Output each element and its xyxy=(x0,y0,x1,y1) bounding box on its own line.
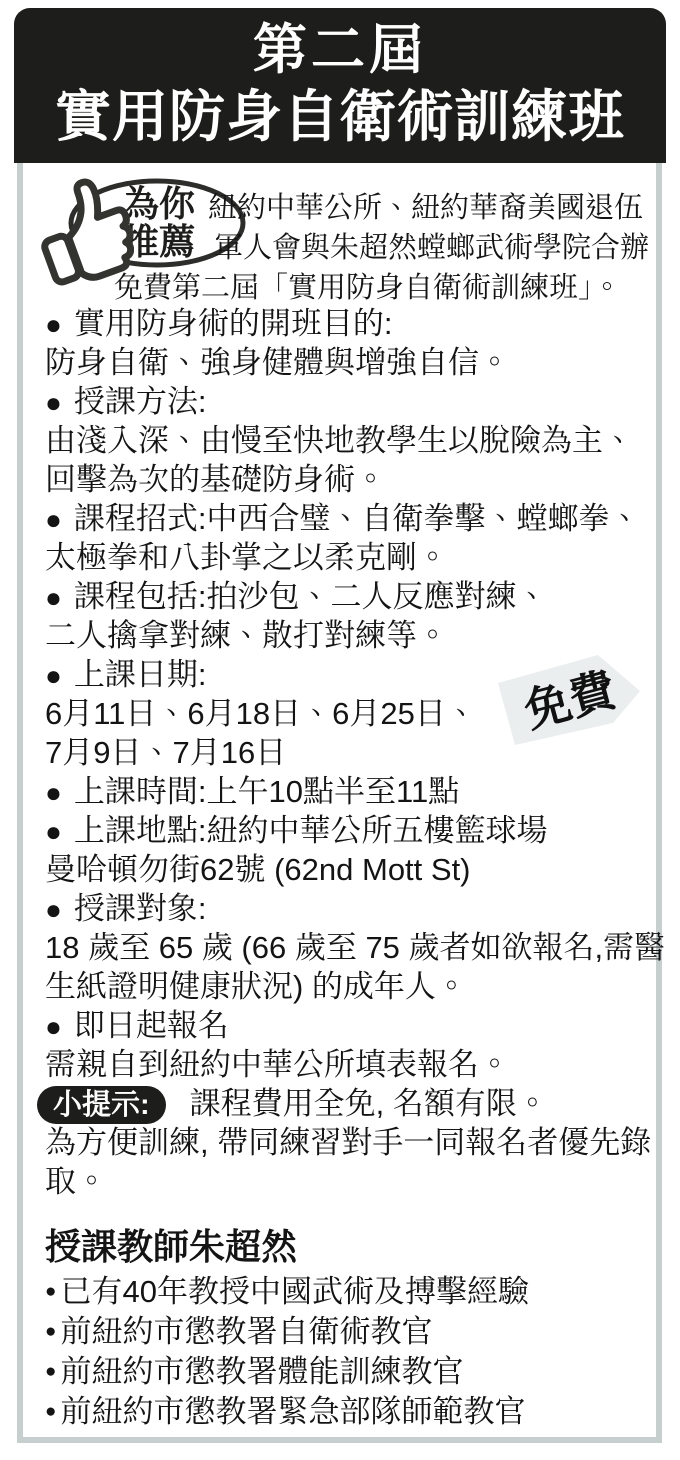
bullet-icon: ● xyxy=(45,582,62,613)
bullet-icon: ● xyxy=(45,816,62,847)
content-line-text: 上課地點:紐約中華公所五樓籃球場 xyxy=(74,813,548,848)
content-line: ●上課時間:上午10點半至11點 xyxy=(45,772,655,811)
bullet-icon: ● xyxy=(45,660,62,691)
content-line-text: 授課對象: xyxy=(74,891,207,926)
content-line-text: 實用防身術的開班目的: xyxy=(74,306,393,341)
content-line-text: 生紙證明健康狀況) 的成年人。 xyxy=(45,969,467,1004)
content-line: ●課程招式:中西合璧、自衛拳擊、螳螂拳、 xyxy=(45,499,655,538)
content-line: ●實用防身術的開班目的: xyxy=(45,304,655,343)
instructor-bullet-text: 前紐約市懲教署緊急部隊師範教官 xyxy=(60,1394,525,1429)
content-line-text: 上課日期: xyxy=(74,657,207,692)
instructor-heading: 授課教師朱超然 xyxy=(45,1222,529,1272)
content-line: ●即日起報名 xyxy=(45,1006,655,1045)
content-line: 回擊為次的基礎防身術。 xyxy=(45,460,655,499)
title-line-2: 實用防身自衛術訓練班 xyxy=(14,82,666,152)
bullet-icon: ● xyxy=(45,1281,56,1302)
instructor-bullet: ●前紐約市懲教署緊急部隊師範教官 xyxy=(45,1392,529,1432)
bullet-icon: ● xyxy=(45,1011,62,1042)
content-line-text: 由淺入深、由慢至快地教學生以脫險為主、 xyxy=(45,423,634,458)
content-line-text: 7月9日、7月16日 xyxy=(45,735,286,770)
tip-text: 課程費用全免, 名額有限。 xyxy=(190,1086,548,1121)
instructor-bullet: ●前紐約市懲教署體能訓練教官 xyxy=(45,1352,529,1392)
content-line-text: 防身自衛、強身健體與增強自信。 xyxy=(45,345,510,380)
instructor-bullet: ●前紐約市懲教署自衛術教官 xyxy=(45,1312,529,1352)
intro-line-2: 軍人會與朱超然螳螂武術學院合辦 xyxy=(214,228,649,268)
content-line: 7月9日、7月16日 xyxy=(45,733,655,772)
bullet-icon: ● xyxy=(45,504,62,535)
intro-line-3: 免費第二屆「實用防身自衛術訓練班」。 xyxy=(114,268,622,308)
bullet-icon: ● xyxy=(45,1321,56,1342)
content-line: 曼哈頓勿街62號 (62nd Mott St) xyxy=(45,850,655,889)
content-line: ●授課方法: xyxy=(45,382,655,421)
content-line-text: 曼哈頓勿街62號 (62nd Mott St) xyxy=(45,852,471,887)
tip-line-3: 取。 xyxy=(45,1162,655,1201)
content-line-text: 課程招式:中西合璧、自衛拳擊、螳螂拳、 xyxy=(74,501,641,536)
content-line-text: 回擊為次的基礎防身術。 xyxy=(45,462,386,497)
content-line: ●課程包括:拍沙包、二人反應對練、 xyxy=(45,577,655,616)
content-line-text: 需親自到紐約中華公所填表報名。 xyxy=(45,1047,510,1082)
content-line-text: 18 歲至 65 歲 (66 歲至 75 歲者如欲報名,需醫 xyxy=(45,930,665,965)
content-line: 二人擒拿對練、散打對練等。 xyxy=(45,616,655,655)
content-line: 6月11日、6月18日、6月25日、 xyxy=(45,694,655,733)
content-line-text: 二人擒拿對練、散打對練等。 xyxy=(45,618,448,653)
bullet-icon: ● xyxy=(45,309,62,340)
bullet-icon: ● xyxy=(45,777,62,808)
bullet-icon: ● xyxy=(45,1401,56,1422)
content-line-text: 即日起報名 xyxy=(74,1008,229,1043)
flyer-page: { "page": { "bg": "#ffffff", "frame_bord… xyxy=(0,0,680,1460)
instructor-bullet-text: 前紐約市懲教署自衛術教官 xyxy=(60,1314,432,1349)
flyer-header: 第二屆 實用防身自衛術訓練班 xyxy=(14,8,666,163)
content-line: ●上課地點:紐約中華公所五樓籃球場 xyxy=(45,811,655,850)
content-line: 防身自衛、強身健體與增強自信。 xyxy=(45,343,655,382)
bullet-icon: ● xyxy=(45,387,62,418)
tip-badge: 小提示: xyxy=(37,1086,166,1124)
content-line-text: 授課方法: xyxy=(74,384,207,419)
content-line: 18 歲至 65 歲 (66 歲至 75 歲者如欲報名,需醫 xyxy=(45,928,655,967)
instructor-bullet-text: 前紐約市懲教署體能訓練教官 xyxy=(60,1354,463,1389)
content-line: 太極拳和八卦掌之以柔克剛。 xyxy=(45,538,655,577)
bullet-icon: ● xyxy=(45,1361,56,1382)
content-line: 由淺入深、由慢至快地教學生以脫險為主、 xyxy=(45,421,655,460)
bullet-icon: ● xyxy=(45,894,62,925)
content-line: ●授課對象: xyxy=(45,889,655,928)
content-line-text: 6月11日、6月18日、6月25日、 xyxy=(45,696,477,731)
flyer-body: ●實用防身術的開班目的: 防身自衛、強身健體與增強自信。 ●授課方法: 由淺入深… xyxy=(45,304,655,1201)
instructor-section: 授課教師朱超然 ●已有40年教授中國武術及搏擊經驗 ●前紐約市懲教署自衛術教官 … xyxy=(45,1222,529,1432)
instructor-bullet-text: 已有40年教授中國武術及搏擊經驗 xyxy=(60,1274,528,1309)
content-line: 生紙證明健康狀況) 的成年人。 xyxy=(45,967,655,1006)
tip-line-2: 為方便訓練, 帶同練習對手一同報名者優先錄 xyxy=(45,1123,655,1162)
intro-line-1: 紐約中華公所、紐約華裔美國退伍 xyxy=(208,188,643,228)
content-line-text: 太極拳和八卦掌之以柔克剛。 xyxy=(45,540,448,575)
content-line-text: 課程包括:拍沙包、二人反應對練、 xyxy=(74,579,548,614)
content-line-text: 上課時間:上午10點半至11點 xyxy=(74,774,459,809)
thumbs-up-icon xyxy=(22,176,134,288)
content-line: ●上課日期: xyxy=(45,655,655,694)
title-line-1: 第二屆 xyxy=(14,8,666,82)
instructor-bullet: ●已有40年教授中國武術及搏擊經驗 xyxy=(45,1272,529,1312)
tip-row: 小提示:課程費用全免, 名額有限。 xyxy=(45,1084,655,1123)
content-line: 需親自到紐約中華公所填表報名。 xyxy=(45,1045,655,1084)
